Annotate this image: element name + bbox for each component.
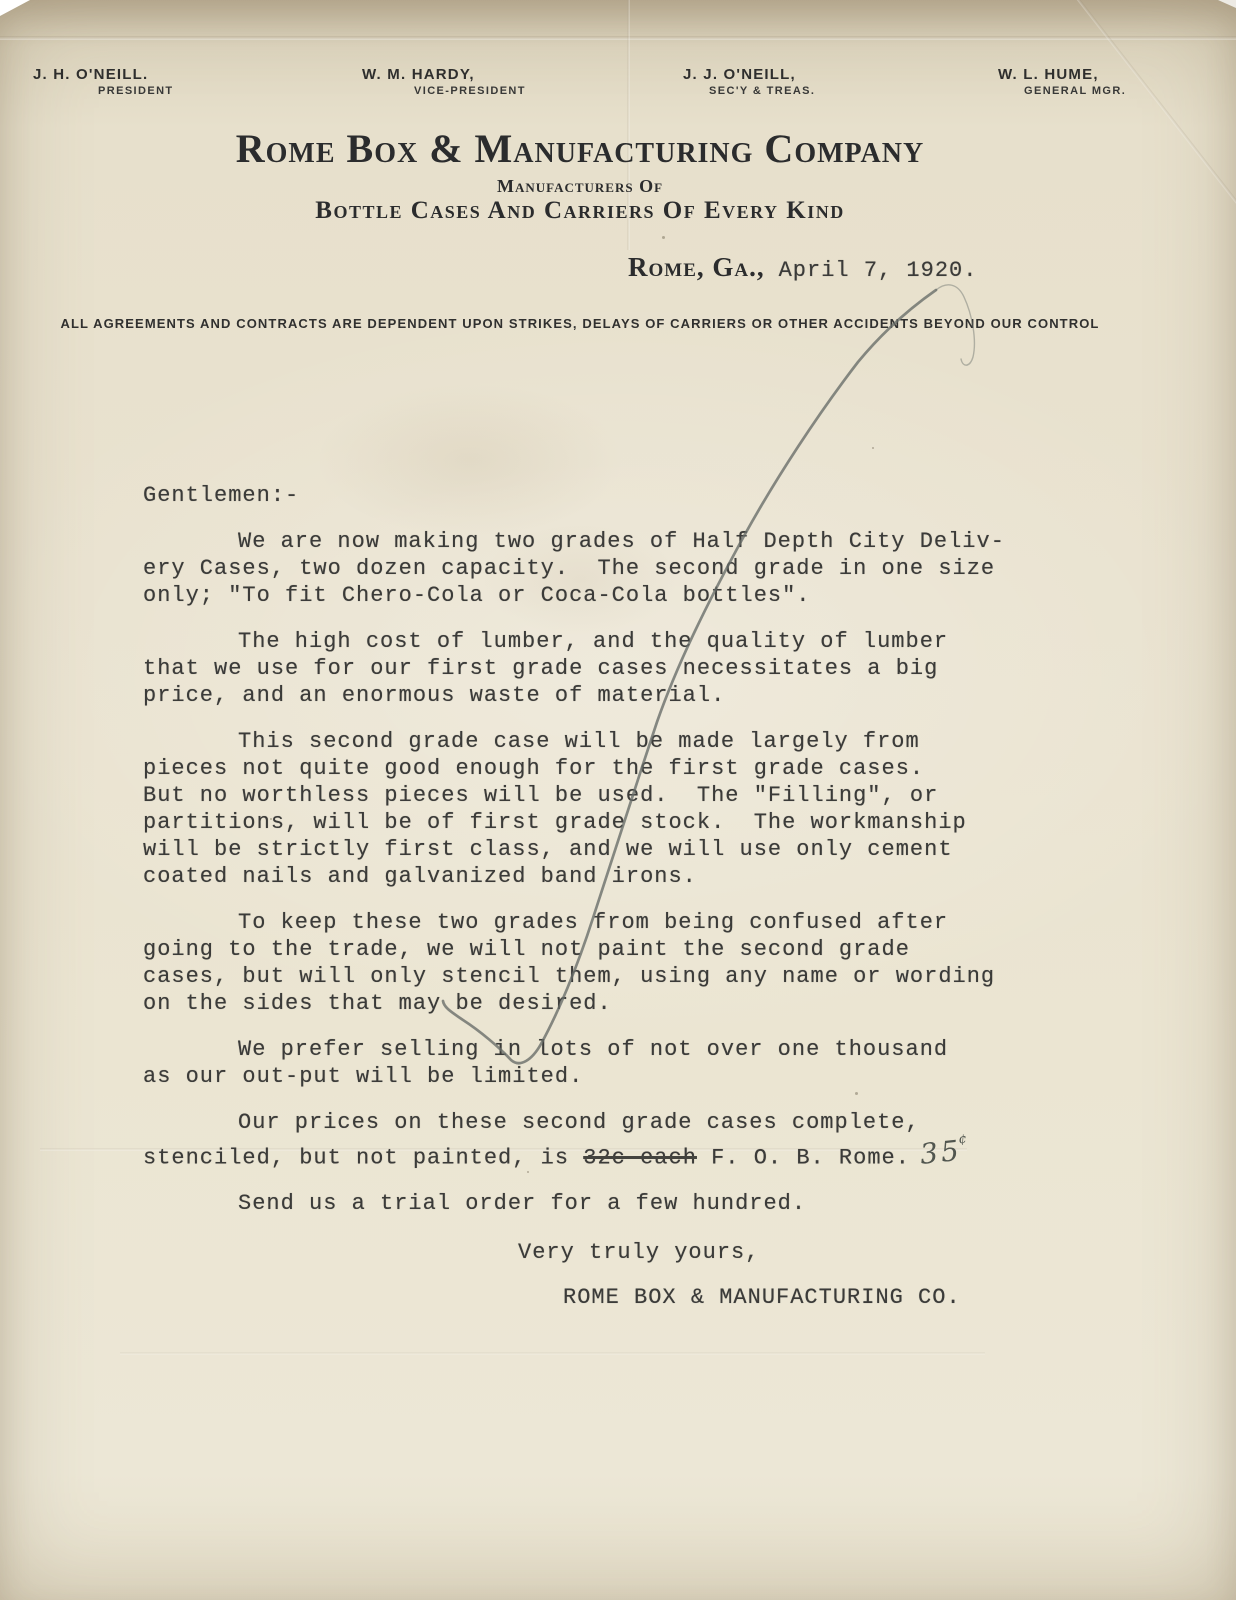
typed-line: will be strictly first class, and we wil… <box>143 836 1043 863</box>
officer-name: J. H. O'NEILL. <box>33 66 174 83</box>
typed-line: We prefer selling in lots of not over on… <box>143 1036 1043 1063</box>
signature-line: ROME BOX & MANUFACTURING CO. <box>563 1284 1043 1311</box>
typed-line: that we use for our first grade cases ne… <box>143 655 1043 682</box>
paragraphs: We are now making two grades of Half Dep… <box>143 528 1043 1090</box>
letterhead: Rome Box & Manufacturing Company Manufac… <box>0 128 1160 224</box>
place-printed: Rome, Ga., <box>628 252 765 283</box>
typed-paragraph: We prefer selling in lots of not over on… <box>143 1036 1043 1090</box>
price-suffix: F. O. B. Rome. <box>697 1145 910 1170</box>
officer-general-manager: W. L. HUME, GENERAL MGR. <box>998 66 1126 97</box>
officer-name: W. M. HARDY, <box>362 66 526 83</box>
typed-line: cases, but will only stencil them, using… <box>143 963 1043 990</box>
typed-line: price, and an enormous waste of material… <box>143 682 1043 709</box>
letter-scan: J. H. O'NEILL. PRESIDENT W. M. HARDY, VI… <box>0 0 1236 1600</box>
typed-line: This second grade case will be made larg… <box>143 728 1043 755</box>
officer-president: J. H. O'NEILL. PRESIDENT <box>33 66 174 97</box>
typed-paragraph: To keep these two grades from being conf… <box>143 909 1043 1017</box>
typed-paragraph: The high cost of lumber, and the quality… <box>143 628 1043 709</box>
closing-line: Very truly yours, <box>518 1239 1043 1266</box>
typed-line: The high cost of lumber, and the quality… <box>143 628 1043 655</box>
officer-name: W. L. HUME, <box>998 66 1126 83</box>
paper-crease <box>120 1352 985 1355</box>
paper-speck <box>872 447 874 449</box>
struck-price: 32c each <box>583 1145 697 1170</box>
typed-line: as our out-put will be limited. <box>143 1063 1043 1090</box>
salutation: Gentlemen:- <box>143 482 1043 509</box>
typed-line: coated nails and galvanized band irons. <box>143 863 1043 890</box>
typed-line: Our prices on these second grade cases c… <box>143 1109 1043 1136</box>
trial-order-line: Send us a trial order for a few hundred. <box>143 1190 1043 1217</box>
officer-vice-president: W. M. HARDY, VICE-PRESIDENT <box>362 66 526 97</box>
typed-paragraph: We are now making two grades of Half Dep… <box>143 528 1043 609</box>
disclaimer-line: ALL AGREEMENTS AND CONTRACTS ARE DEPENDE… <box>0 316 1160 331</box>
officer-secretary-treasurer: J. J. O'NEILL, SEC'Y & TREAS. <box>683 66 815 97</box>
paper-speck <box>662 236 665 239</box>
typed-line: only; "To fit Chero-Cola or Coca-Cola bo… <box>143 582 1043 609</box>
typed-paragraph: This second grade case will be made larg… <box>143 728 1043 890</box>
paper-corner <box>1218 0 1236 8</box>
typed-line: But no worthless pieces will be used. Th… <box>143 782 1043 809</box>
officer-title: VICE-PRESIDENT <box>414 85 526 97</box>
officer-title: SEC'Y & TREAS. <box>709 85 815 97</box>
typed-line: going to the trade, we will not paint th… <box>143 936 1043 963</box>
officer-name: J. J. O'NEILL, <box>683 66 815 83</box>
officer-title: PRESIDENT <box>98 85 174 97</box>
price-prefix: stenciled, but not painted, is <box>143 1145 583 1170</box>
typed-line: on the sides that may be desired. <box>143 990 1043 1017</box>
handwritten-price-mark: ¢ <box>958 1132 968 1148</box>
company-tagline: Manufacturers Of <box>0 177 1160 195</box>
price-paragraph: Our prices on these second grade cases c… <box>143 1109 1043 1171</box>
handwritten-price-value: 35 <box>918 1134 963 1171</box>
paper-crease <box>0 36 1236 40</box>
paper-corner <box>0 0 30 16</box>
date-typed: April 7, 1920. <box>779 258 978 283</box>
typed-line: ery Cases, two dozen capacity. The secon… <box>143 555 1043 582</box>
officer-title: GENERAL MGR. <box>1024 85 1126 97</box>
company-product-line: Bottle Cases And Carriers Of Every Kind <box>0 198 1160 224</box>
typed-line: We are now making two grades of Half Dep… <box>143 528 1043 555</box>
handwritten-price: 35¢ <box>918 1131 971 1167</box>
company-name: Rome Box & Manufacturing Company <box>0 128 1160 170</box>
typed-line: To keep these two grades from being conf… <box>143 909 1043 936</box>
letter-body: Gentlemen:- We are now making two grades… <box>143 482 1043 1311</box>
typed-line-price: stenciled, but not painted, is 32c each … <box>143 1136 1043 1171</box>
typed-line: pieces not quite good enough for the fir… <box>143 755 1043 782</box>
typed-line: partitions, will be of first grade stock… <box>143 809 1043 836</box>
date-line: Rome, Ga., April 7, 1920. <box>628 252 977 283</box>
